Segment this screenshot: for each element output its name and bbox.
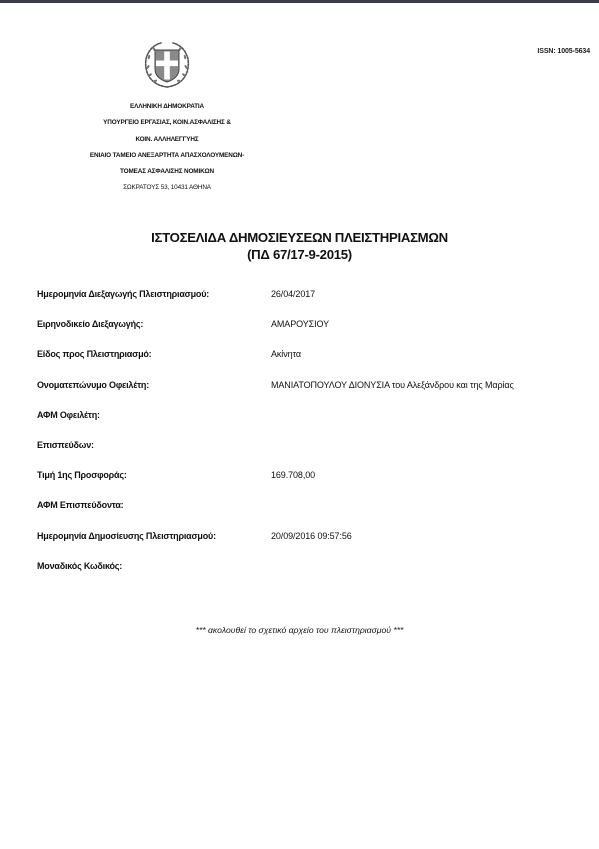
field-label: Είδος προς Πλειστηριασμό: [37, 347, 151, 361]
field-first-offer-price: Τιμή 1ης Προσφοράς: 169.708,00 [37, 468, 577, 498]
field-value: 169.708,00 [271, 468, 315, 482]
window-top-bar [0, 0, 599, 3]
field-unique-code: Μοναδικός Κωδικός: [37, 559, 577, 589]
agency-line: ΕΛΛΗΝΙΚΗ ΔΗΜΟΚΡΑΤΙΑ [67, 99, 267, 115]
field-creditor-tax-id: ΑΦΜ Επισπεύδοντα: [37, 498, 577, 528]
field-label: Ειρηνοδικείο Διεξαγωγής: [37, 317, 143, 331]
document-title-line1: ΙΣΤΟΣΕΛΙΔΑ ΔΗΜΟΣΙΕΥΣΕΩΝ ΠΛΕΙΣΤΗΡΙΑΣΜΩΝ [0, 229, 599, 246]
field-auction-item-type: Είδος προς Πλειστηριασμό: Ακίνητα [37, 347, 577, 377]
field-value: 26/04/2017 [271, 287, 315, 301]
issuing-agency-block: ΕΛΛΗΝΙΚΗ ΔΗΜΟΚΡΑΤΙΑ ΥΠΟΥΡΓΕΙΟ ΕΡΓΑΣΙΑΣ, … [67, 99, 267, 197]
field-value: 20/09/2016 09:57:56 [271, 529, 352, 543]
document-title: ΙΣΤΟΣΕΛΙΔΑ ΔΗΜΟΣΙΕΥΣΕΩΝ ΠΛΕΙΣΤΗΡΙΑΣΜΩΝ (… [0, 229, 599, 263]
field-label: ΑΦΜ Επισπεύδοντα: [37, 498, 123, 512]
field-value: ΑΜΑΡΟΥΣΙΟΥ [271, 317, 329, 331]
field-label: Μοναδικός Κωδικός: [37, 559, 122, 573]
greek-coat-of-arms-icon [141, 39, 193, 91]
agency-line: ΥΠΟΥΡΓΕΙΟ ΕΡΓΑΣΙΑΣ, ΚΟΙΝ.ΑΣΦΑΛΙΣΗΣ & [67, 115, 267, 131]
field-auction-date: Ημερομηνία Διεξαγωγής Πλειστηριασμού: 26… [37, 287, 577, 317]
field-debtor-name: Ονοματεπώνυμο Οφειλέτη: ΜΑΝΙΑΤΟΠΟΥΛΟΥ ΔΙ… [37, 378, 577, 408]
field-magistrate-court: Ειρηνοδικείο Διεξαγωγής: ΑΜΑΡΟΥΣΙΟΥ [37, 317, 577, 347]
field-debtor-tax-id: ΑΦΜ Οφειλέτη: [37, 408, 577, 438]
auction-details: Ημερομηνία Διεξαγωγής Πλειστηριασμού: 26… [37, 287, 577, 589]
field-value: Ακίνητα [271, 347, 301, 361]
field-creditor: Επισπεύδων: [37, 438, 577, 468]
agency-line: ΚΟΙΝ. ΑΛΛΗΛΕΓΓΥΗΣ [67, 132, 267, 148]
field-publication-date: Ημερομηνία Δημοσίευσης Πλειστηριασμού: 2… [37, 529, 577, 559]
agency-line: ΤΟΜΕΑΣ ΑΣΦΑΛΙΣΗΣ ΝΟΜΙΚΩΝ [67, 164, 267, 180]
document-title-line2: (ΠΔ 67/17-9-2015) [0, 246, 599, 263]
field-label: Ημερομηνία Δημοσίευσης Πλειστηριασμού: [37, 529, 216, 543]
field-label: Ημερομηνία Διεξαγωγής Πλειστηριασμού: [37, 287, 209, 301]
issn-number: ISSN: 1005-5634 [537, 48, 590, 55]
field-label: Ονοματεπώνυμο Οφειλέτη: [37, 378, 149, 392]
field-label: ΑΦΜ Οφειλέτη: [37, 408, 100, 422]
attachment-note: *** ακολουθεί το σχετικό αρχείο του πλει… [0, 625, 599, 635]
agency-address: ΣΩΚΡΑΤΟΥΣ 53, 10431 ΑΘΗΝΑ [67, 180, 267, 196]
field-label: Επισπεύδων: [37, 438, 94, 452]
field-value: ΜΑΝΙΑΤΟΠΟΥΛΟΥ ΔΙΟΝΥΣΙΑ του Αλεξάνδρου κα… [271, 378, 514, 392]
field-label: Τιμή 1ης Προσφοράς: [37, 468, 127, 482]
agency-line: ΕΝΙΑΙΟ ΤΑΜΕΙΟ ΑΝΕΞΑΡΤΗΤΑ ΑΠΑΣΧΟΛΟΥΜΕΝΩΝ- [67, 148, 267, 164]
